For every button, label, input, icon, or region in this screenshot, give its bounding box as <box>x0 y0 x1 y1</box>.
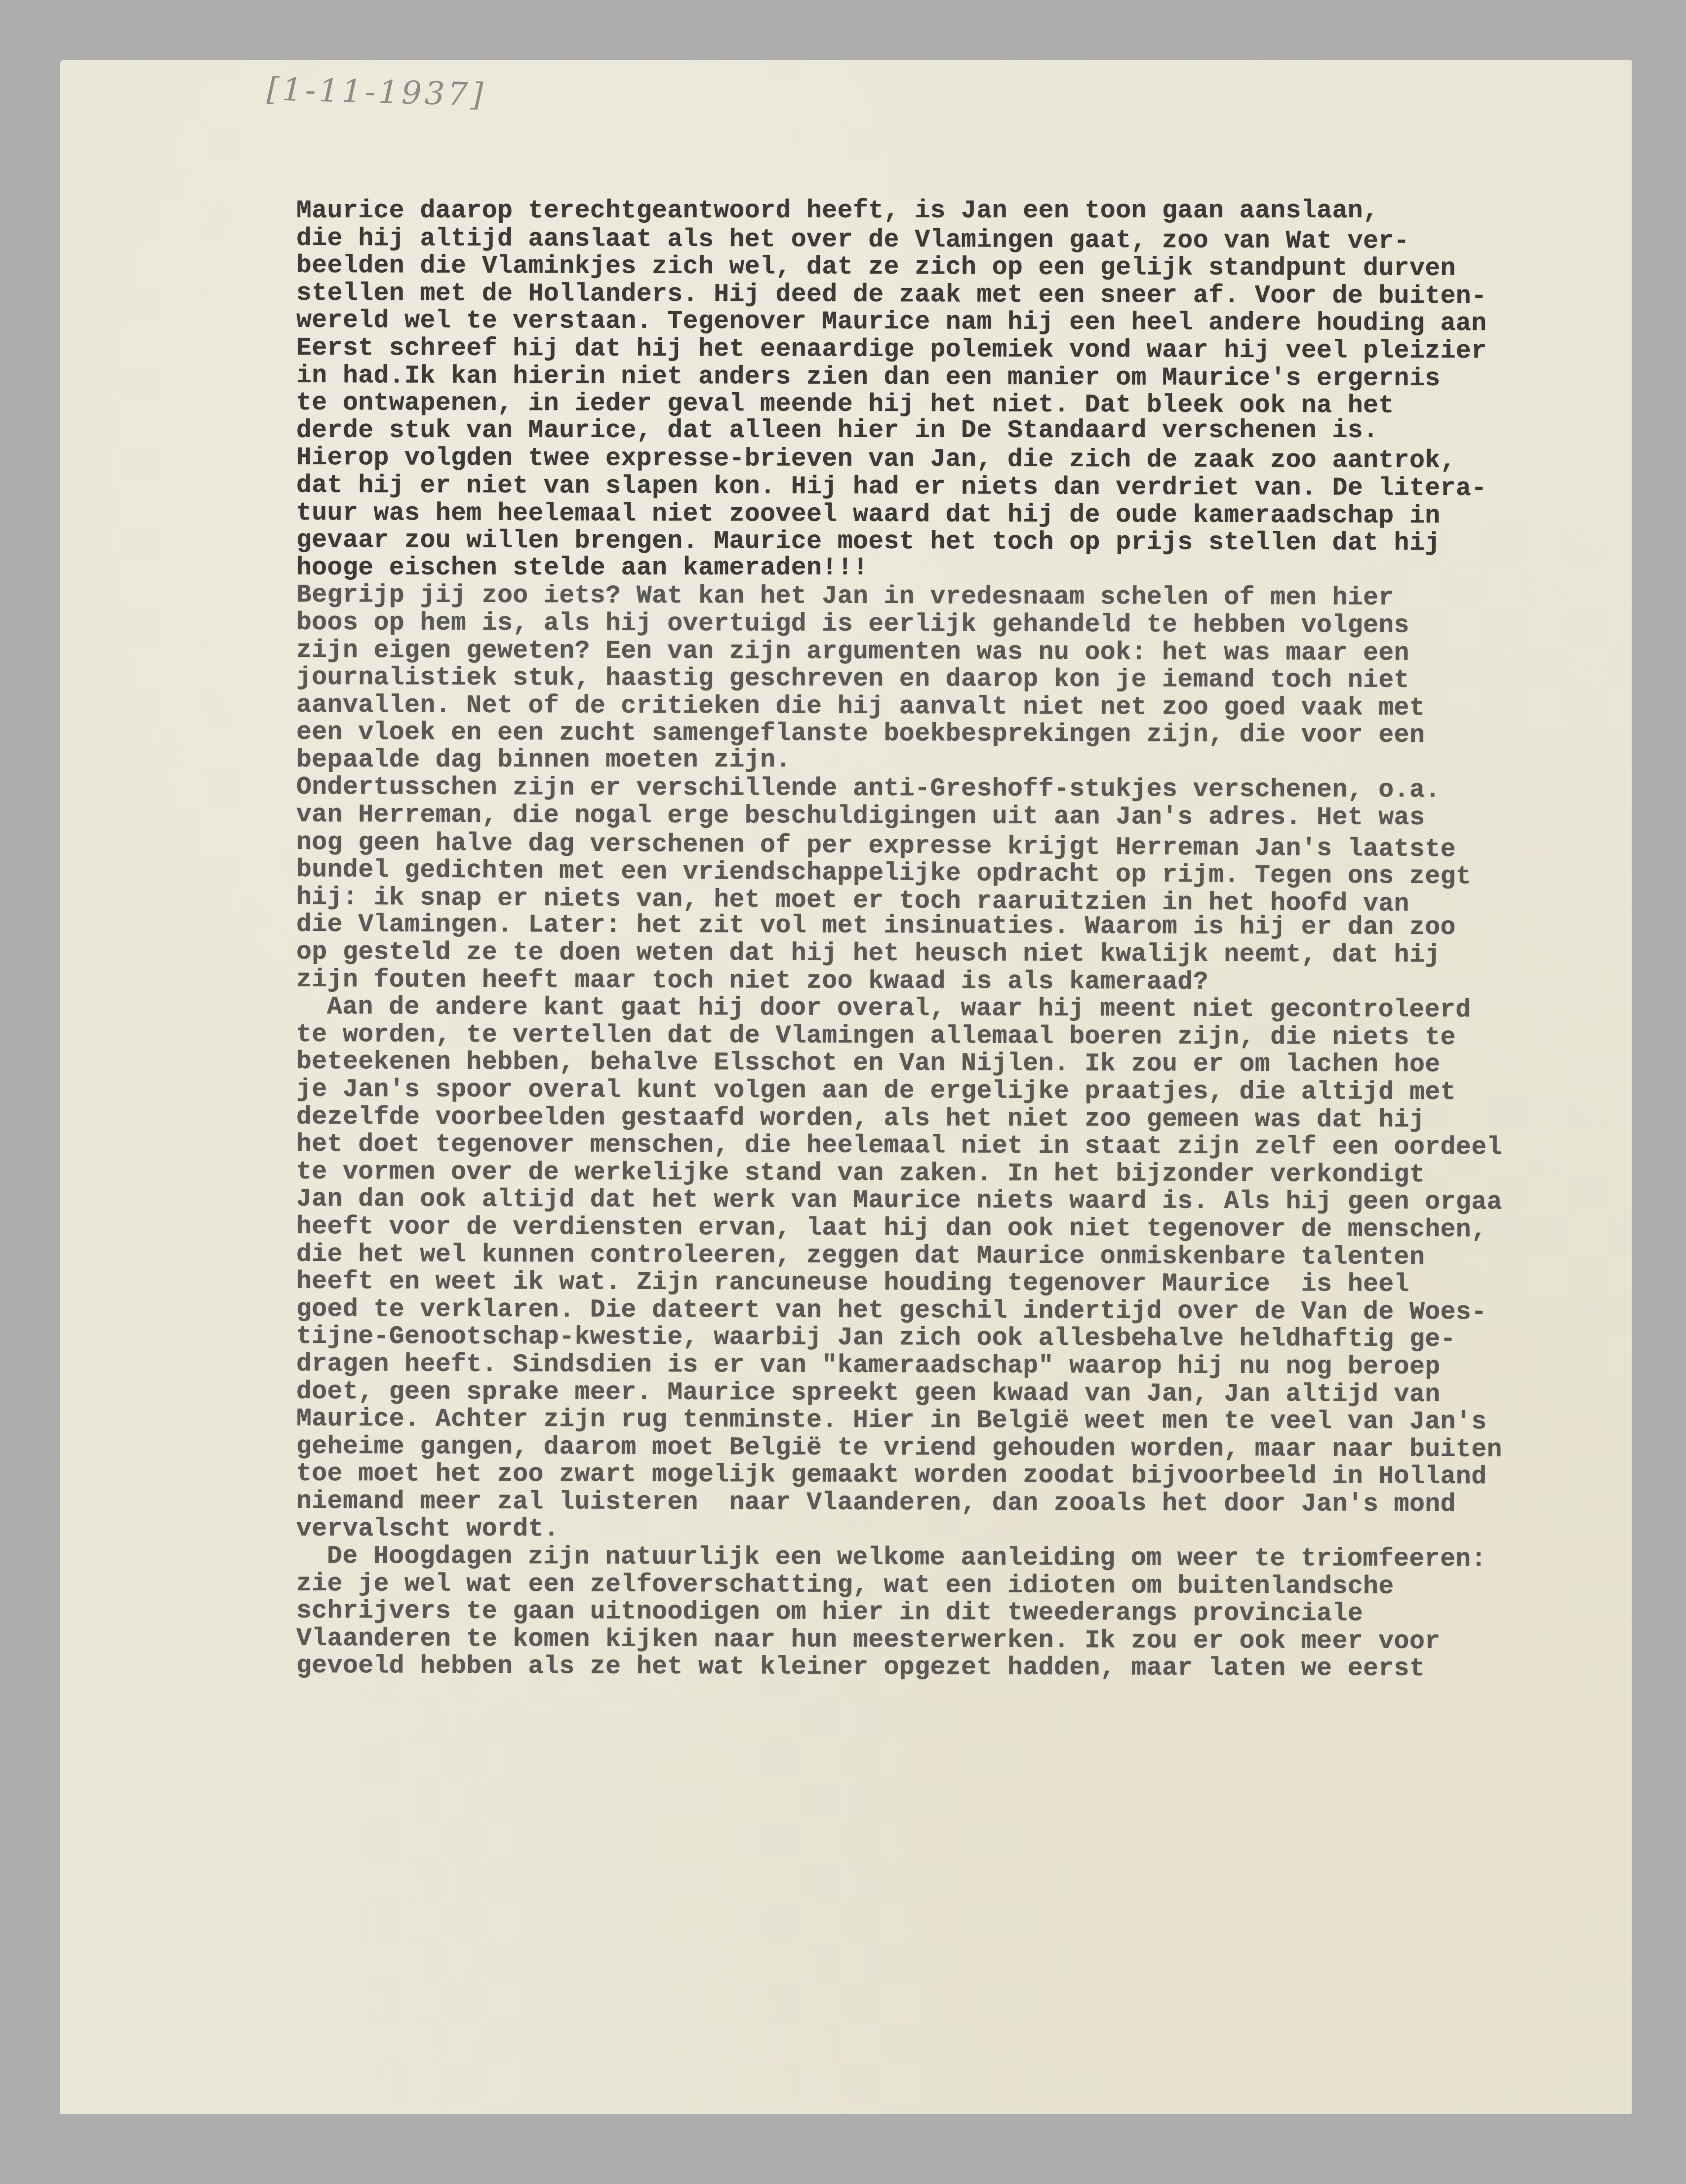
text-line: op gesteld ze te doen weten dat hij het … <box>296 939 1640 970</box>
text-line: zijn fouten heeft maar toch niet zoo kwa… <box>296 967 1640 998</box>
text-line: boos op hem is, als hij overtuigd is eer… <box>296 609 1640 641</box>
text-line: wereld wel te verstaan. Tegenover Mauric… <box>296 307 1640 338</box>
text-line: hooge eischen stelde aan kameraden!!! <box>296 555 1640 582</box>
text-line: bepaalde dag binnen moeten zijn. <box>296 747 1640 774</box>
text-line: Eerst schreef hij dat hij het eenaardige… <box>296 335 1640 366</box>
text-line: derde stuk van Maurice, dat alleen hier … <box>296 417 1640 445</box>
text-line: een vloek en een zucht samengeflanste bo… <box>296 719 1640 750</box>
text-line: van Herreman, die nogal erge beschuldigi… <box>296 802 1640 833</box>
text-line: heeft voor de verdiensten ervan, laat hi… <box>296 1213 1640 1245</box>
text-line: die Vlamingen. Later: het zit vol met in… <box>296 911 1640 942</box>
text-line: goed te verklaren. Die dateert van het g… <box>296 1296 1640 1327</box>
text-line: De Hoogdagen zijn natuurlijk een welkome… <box>296 1543 1640 1574</box>
text-line: in had.Ik kan hierin niet anders zien da… <box>296 363 1640 394</box>
text-line: journalistiek stuk, haastig geschreven e… <box>296 664 1640 695</box>
text-line: gevaar zou willen brengen. Maurice moest… <box>296 527 1640 558</box>
text-line: die het wel kunnen controleeren, zeggen … <box>296 1241 1640 1272</box>
text-line: zie je wel wat een zelfoverschatting, wa… <box>296 1571 1640 1602</box>
text-line: dragen heeft. Sindsdien is er van "kamer… <box>296 1351 1640 1382</box>
text-line: schrijvers te gaan uitnoodigen om hier i… <box>296 1598 1640 1629</box>
text-line: Hierop volgden twee expresse-brieven van… <box>296 445 1640 476</box>
text-line: toe moet het zoo zwart mogelijk gemaakt … <box>296 1460 1640 1492</box>
text-line: tuur was hem heelemaal niet zooveel waar… <box>296 500 1640 531</box>
text-line: het doet tegenover menschen, die heelema… <box>296 1131 1640 1162</box>
text-line: tijne-Genootschap-kwestie, waarbij Jan z… <box>296 1323 1640 1354</box>
text-line: zijn eigen geweten? Een van zijn argumen… <box>296 637 1640 668</box>
text-line: doet, geen sprake meer. Maurice spreekt … <box>296 1378 1640 1410</box>
text-line: Begrijp jij zoo iets? Wat kan het Jan in… <box>296 582 1640 613</box>
text-line: heeft en weet ik wat. Zijn rancuneuse ho… <box>296 1268 1640 1299</box>
text-line: beteekenen hebben, behalve Elsschot en V… <box>296 1049 1640 1080</box>
text-line: aanvallen. Net of de critieken die hij a… <box>296 692 1640 723</box>
text-line: te ontwapenen, in ieder geval meende hij… <box>296 390 1640 421</box>
text-line: Aan de andere kant gaat hij door overal,… <box>296 994 1640 1025</box>
text-line: Maurice daarop terechtgeantwoord heeft, … <box>296 198 1640 225</box>
text-line: die hij altijd aanslaat als het over de … <box>296 225 1640 256</box>
text-line: vervalscht wordt. <box>296 1516 1640 1543</box>
text-line: Maurice. Achter zijn rug tenminste. Hier… <box>296 1406 1640 1437</box>
text-line: beelden die Vlaminkjes zich wel, dat ze … <box>296 252 1640 283</box>
text-line: geheime gangen, daarom moet België te vr… <box>296 1433 1640 1464</box>
text-line: Jan dan ook altijd dat het werk van Maur… <box>296 1186 1640 1217</box>
text-line: Ondertusschen zijn er verschillende anti… <box>296 774 1640 805</box>
text-line: gevoeld hebben als ze het wat kleiner op… <box>296 1653 1640 1684</box>
text-line: niemand meer zal luisteren naar Vlaander… <box>296 1488 1640 1519</box>
text-line: dat hij er niet van slapen kon. Hij had … <box>296 472 1640 503</box>
handwritten-date-annotation: [1-11-1937] <box>266 71 486 114</box>
typewritten-letter-body: Maurice daarop terechtgeantwoord heeft, … <box>296 198 1640 1680</box>
text-line: je Jan's spoor overal kunt volgen aan de… <box>296 1076 1640 1107</box>
text-line: dezelfde voorbeelden gestaafd worden, al… <box>296 1104 1640 1135</box>
